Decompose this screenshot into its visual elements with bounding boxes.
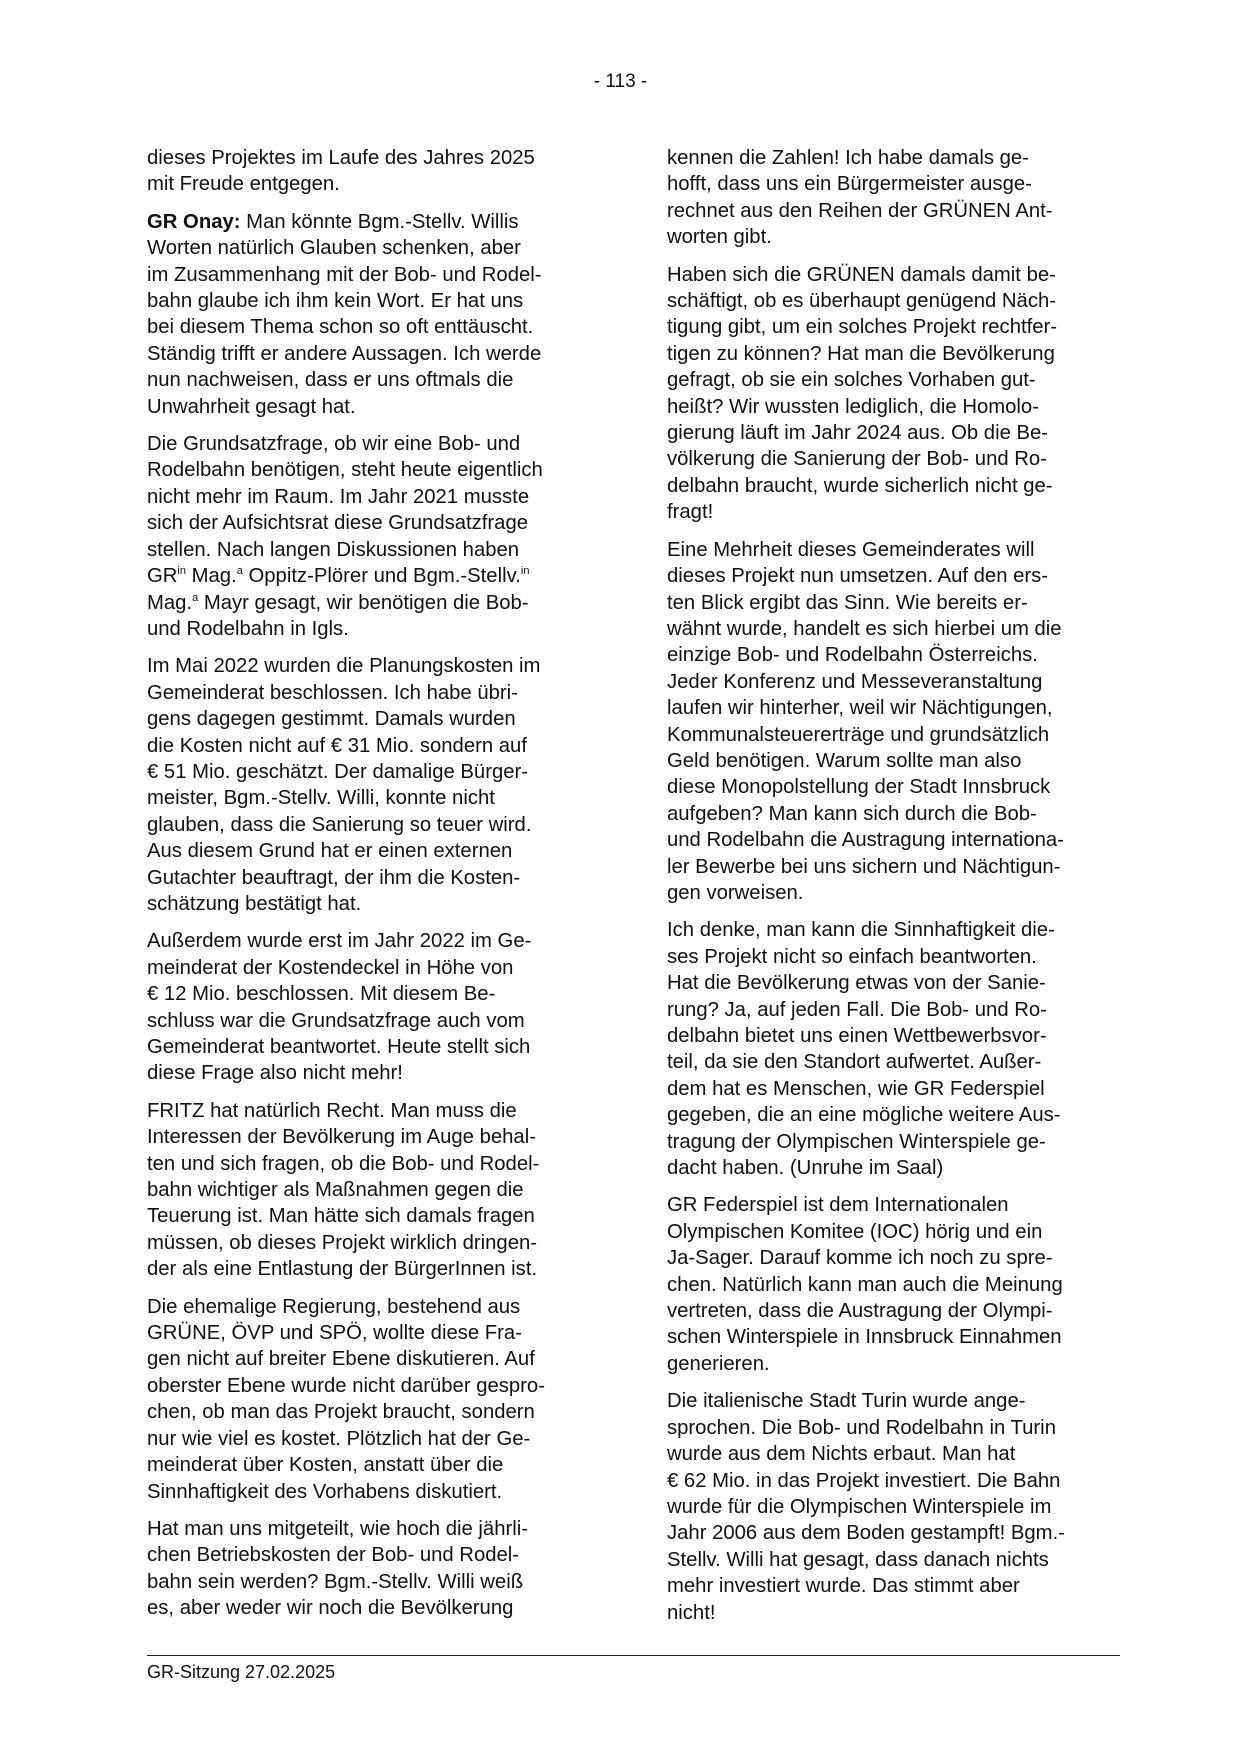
text-line: heißt? Wir wussten lediglich, die Homolo… [667,394,1127,420]
paragraph: Ich denke, man kann die Sinnhaftigkeit d… [667,917,1127,1181]
text-line: sprochen. Die Bob- und Rodelbahn in Turi… [667,1415,1127,1441]
text-line: gefragt, ob sie ein solches Vorhaben gut… [667,367,1127,393]
text-line: Gemeinderat beantwortet. Heute stellt si… [147,1034,607,1060]
text-line: Jahr 2006 aus dem Boden gestampft! Bgm.- [667,1520,1127,1546]
text-line: glauben, dass die Sanierung so teuer wir… [147,812,607,838]
text-line: € 62 Mio. in das Projekt investiert. Die… [667,1468,1127,1494]
text-line: GR Onay: Man könnte Bgm.-Stellv. Willis [147,209,607,235]
text-line: Ich denke, man kann die Sinnhaftigkeit d… [667,917,1127,943]
text-line: es, aber weder wir noch die Bevölkerung [147,1595,607,1621]
text-line: oberster Ebene wurde nicht darüber gespr… [147,1373,607,1399]
text-line: gen vorweisen. [667,880,1127,906]
left-column: dieses Projektes im Laufe des Jahres 202… [147,145,607,1633]
text-line: hofft, dass uns ein Bürgermeister ausge- [667,171,1127,197]
right-column: kennen die Zahlen! Ich habe damals ge- h… [667,145,1127,1637]
paragraph: Im Mai 2022 wurden die Planungskosten im… [147,653,607,917]
text-line: ten Blick ergibt das Sinn. Wie bereits e… [667,590,1127,616]
paragraph: dieses Projektes im Laufe des Jahres 202… [147,145,607,198]
text-line: stellen. Nach langen Diskussionen haben [147,537,607,563]
text-line: und Rodelbahn in Igls. [147,616,607,642]
paragraph: Die Grundsatzfrage, ob wir eine Bob- und… [147,431,607,642]
speaker-name: GR Onay: [147,211,241,233]
text-fragment: Mag. [147,592,192,614]
text-line: tigen zu können? Hat man die Bevölkerung [667,341,1127,367]
superscript: in [521,565,530,577]
text-line: Olympischen Komitee (IOC) hörig und ein [667,1219,1127,1245]
text-line: generieren. [667,1351,1127,1377]
text-line: sich der Aufsichtsrat diese Grundsatzfra… [147,510,607,536]
text-line: laufen wir hinterher, weil wir Nächtigun… [667,695,1127,721]
text-line: mit Freude entgegen. [147,171,607,197]
text-line: Außerdem wurde erst im Jahr 2022 im Ge- [147,928,607,954]
text-fragment: Mag. [186,565,237,587]
text-line: Im Mai 2022 wurden die Planungskosten im [147,653,607,679]
text-line: wähnt wurde, handelt es sich hierbei um … [667,616,1127,642]
text-line: schätzung bestätigt hat. [147,891,607,917]
paragraph: Hat man uns mitgeteilt, wie hoch die jäh… [147,1516,607,1622]
text-line: und Rodelbahn die Austragung internation… [667,827,1127,853]
paragraph-gr-onay: GR Onay: Man könnte Bgm.-Stellv. Willis … [147,209,607,420]
text-line: € 51 Mio. geschätzt. Der damalige Bürger… [147,759,607,785]
text-line: fragt! [667,499,1127,525]
text-line: aufgeben? Man kann sich durch die Bob- [667,801,1127,827]
text-line: Unwahrheit gesagt hat. [147,394,607,420]
text-line: nun nachweisen, dass er uns oftmals die [147,367,607,393]
text-line: vertreten, dass die Austragung der Olymp… [667,1298,1127,1324]
text-line: Worten natürlich Glauben schenken, aber [147,235,607,261]
text-line: kennen die Zahlen! Ich habe damals ge- [667,145,1127,171]
text-line: Die italienische Stadt Turin wurde ange- [667,1388,1127,1414]
text-line: tragung der Olympischen Winterspiele ge- [667,1129,1127,1155]
page-number: - 113 - [0,71,1241,93]
text-line: schen Winterspiele in Innsbruck Einnahme… [667,1324,1127,1350]
text-line: müssen, ob dieses Projekt wirklich dring… [147,1230,607,1256]
text-line: Ständig trifft er andere Aussagen. Ich w… [147,341,607,367]
text-fragment: GR [147,565,177,587]
text-line: Gutachter beauftragt, der ihm die Kosten… [147,865,607,891]
text-line: schluss war die Grundsatzfrage auch vom [147,1008,607,1034]
text-line: gens dagegen gestimmt. Damals wurden [147,706,607,732]
text-line: die Kosten nicht auf € 31 Mio. sondern a… [147,733,607,759]
text-line: wurde aus dem Nichts erbaut. Man hat [667,1441,1127,1467]
text-line: Aus diesem Grund hat er einen externen [147,838,607,864]
text-line: chen. Natürlich kann man auch die Meinun… [667,1272,1127,1298]
text-line: Hat man uns mitgeteilt, wie hoch die jäh… [147,1516,607,1542]
text-line: chen, ob man das Projekt braucht, sonder… [147,1399,607,1425]
text-line: ler Bewerbe bei uns sichern und Nächtigu… [667,854,1127,880]
text-line: Eine Mehrheit dieses Gemeinderates will [667,537,1127,563]
text-line: nur wie viel es kostet. Plötzlich hat de… [147,1426,607,1452]
text-line: meinderat der Kostendeckel in Höhe von [147,955,607,981]
paragraph: Die ehemalige Regierung, bestehend aus G… [147,1294,607,1505]
superscript: in [177,565,186,577]
text-line: ten und sich fragen, ob die Bob- und Rod… [147,1151,607,1177]
text-line: dieses Projektes im Laufe des Jahres 202… [147,145,607,171]
footer-session-date: GR-Sitzung 27.02.2025 [147,1661,335,1683]
footer-divider [147,1655,1120,1656]
text-fragment: Oppitz-Plörer und Bgm.-Stellv. [243,565,521,587]
text-line: delbahn bietet uns einen Wettbewerbsvor- [667,1023,1127,1049]
paragraph: FRITZ hat natürlich Recht. Man muss die … [147,1098,607,1283]
text-line: GR Federspiel ist dem Internationalen [667,1192,1127,1218]
text-fragment: Man könnte Bgm.-Stellv. Willis [241,211,519,233]
text-line: der als eine Entlastung der BürgerInnen … [147,1256,607,1282]
text-line: rechnet aus den Reihen der GRÜNEN Ant- [667,198,1127,224]
text-fragment: Mayr gesagt, wir benötigen die Bob- [198,592,528,614]
text-line: gierung läuft im Jahr 2024 aus. Ob die B… [667,420,1127,446]
text-line: Hat die Bevölkerung etwas von der Sanie- [667,970,1127,996]
text-line: delbahn braucht, wurde sicherlich nicht … [667,473,1127,499]
paragraph: Die italienische Stadt Turin wurde ange-… [667,1388,1127,1626]
text-line: wurde für die Olympischen Winterspiele i… [667,1494,1127,1520]
text-line: mehr investiert wurde. Das stimmt aber [667,1573,1127,1599]
text-line: dem hat es Menschen, wie GR Federspiel [667,1076,1127,1102]
text-line: Jeder Konferenz und Messeveranstaltung [667,669,1127,695]
text-line: Interessen der Bevölkerung im Auge behal… [147,1124,607,1150]
text-line: Sinnhaftigkeit des Vorhabens diskutiert. [147,1479,607,1505]
text-line: Mag.a Mayr gesagt, wir benötigen die Bob… [147,590,607,616]
text-line: diese Frage also nicht mehr! [147,1060,607,1086]
text-line: chen Betriebskosten der Bob- und Rodel- [147,1542,607,1568]
text-line: Rodelbahn benötigen, steht heute eigentl… [147,457,607,483]
text-line: GRÜNE, ÖVP und SPÖ, wollte diese Fra- [147,1320,607,1346]
text-line: Stellv. Willi hat gesagt, dass danach ni… [667,1547,1127,1573]
text-line: Gemeinderat beschlossen. Ich habe übri- [147,680,607,706]
text-line: Kommunalsteuererträge und grundsätzlich [667,722,1127,748]
text-line: meister, Bgm.-Stellv. Willi, konnte nich… [147,785,607,811]
text-line: € 12 Mio. beschlossen. Mit diesem Be- [147,981,607,1007]
text-line: nicht mehr im Raum. Im Jahr 2021 musste [147,484,607,510]
text-line: gen nicht auf breiter Ebene diskutieren.… [147,1346,607,1372]
text-line: ses Projekt nicht so einfach beantworten… [667,944,1127,970]
paragraph: Außerdem wurde erst im Jahr 2022 im Ge- … [147,928,607,1086]
text-line: worten gibt. [667,224,1127,250]
paragraph: Haben sich die GRÜNEN damals damit be- s… [667,262,1127,526]
text-line: dieses Projekt nun umsetzen. Auf den ers… [667,563,1127,589]
text-line: teil, da sie den Standort aufwertet. Auß… [667,1049,1127,1075]
text-line: Die ehemalige Regierung, bestehend aus [147,1294,607,1320]
text-line: tigung gibt, um ein solches Projekt rech… [667,314,1127,340]
text-line: gegeben, die an eine mögliche weitere Au… [667,1102,1127,1128]
text-line: rung? Ja, auf jeden Fall. Die Bob- und R… [667,997,1127,1023]
text-line: diese Monopolstellung der Stadt Innsbruc… [667,774,1127,800]
text-line: Die Grundsatzfrage, ob wir eine Bob- und [147,431,607,457]
text-line: nicht! [667,1600,1127,1626]
paragraph: kennen die Zahlen! Ich habe damals ge- h… [667,145,1127,251]
text-line: dacht haben. (Unruhe im Saal) [667,1155,1127,1181]
text-line: bahn wichtiger als Maßnahmen gegen die [147,1177,607,1203]
text-line: Teuerung ist. Man hätte sich damals frag… [147,1203,607,1229]
text-line: GRin Mag.a Oppitz-Plörer und Bgm.-Stellv… [147,563,607,589]
text-line: im Zusammenhang mit der Bob- und Rodel- [147,262,607,288]
text-line: völkerung die Sanierung der Bob- und Ro- [667,446,1127,472]
text-line: Ja-Sager. Darauf komme ich noch zu spre- [667,1245,1127,1271]
paragraph: GR Federspiel ist dem Internationalen Ol… [667,1192,1127,1377]
text-line: FRITZ hat natürlich Recht. Man muss die [147,1098,607,1124]
paragraph: Eine Mehrheit dieses Gemeinderates will … [667,537,1127,907]
text-line: bahn glaube ich ihm kein Wort. Er hat un… [147,288,607,314]
text-line: schäftigt, ob es überhaupt genügend Näch… [667,288,1127,314]
text-line: Geld benötigen. Warum sollte man also [667,748,1127,774]
text-line: meinderat über Kosten, anstatt über die [147,1452,607,1478]
text-line: bei diesem Thema schon so oft enttäuscht… [147,314,607,340]
text-line: einzige Bob- und Rodelbahn Österreichs. [667,642,1127,668]
text-line: bahn sein werden? Bgm.-Stellv. Willi wei… [147,1569,607,1595]
text-line: Haben sich die GRÜNEN damals damit be- [667,262,1127,288]
